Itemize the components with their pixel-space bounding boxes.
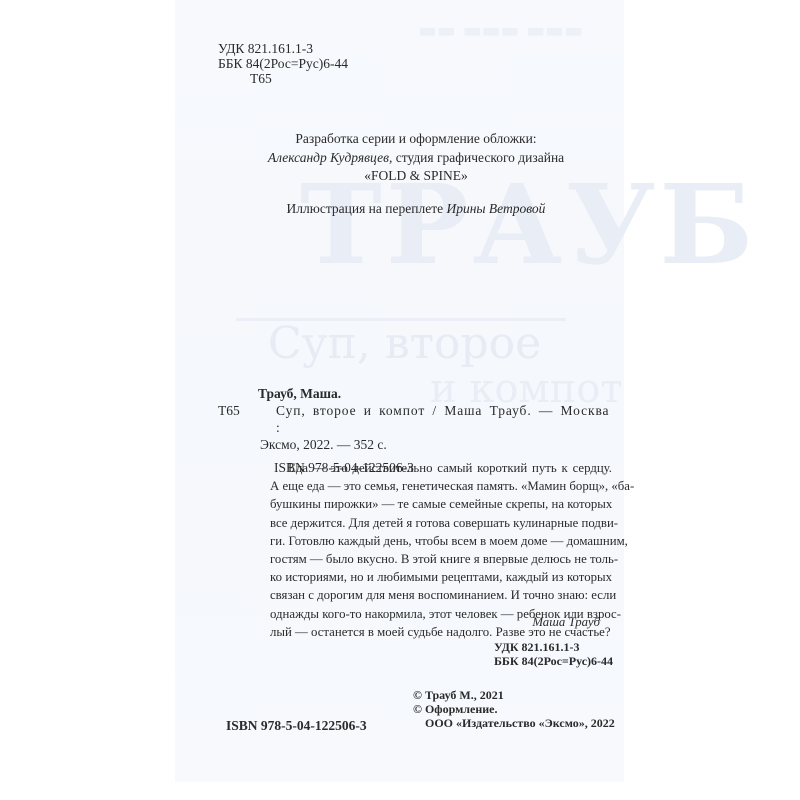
udk-code: УДК 821.161.1-3 [494, 640, 613, 654]
annotation-line: А еще еда — это семья, генетическая памя… [270, 477, 612, 495]
annotation-line: связан с дорогим для меня воспоминанием.… [270, 586, 612, 604]
credits-designer: Александр Кудрявцев, студия графического… [236, 149, 596, 168]
annotation-line: бушкины пирожки» — те самые семейные скр… [270, 495, 612, 513]
illustration-label: Иллюстрация на переплете [287, 201, 447, 216]
copyright-design: © Оформление. [413, 702, 615, 716]
annotation-signature: Маша Трауб [500, 615, 600, 630]
annotation-line: гостям — было вкусно. В этой книге я впе… [270, 550, 612, 568]
copyright-author: © Трауб М., 2021 [413, 688, 615, 702]
isbn-bottom: ISBN 978-5-04-122506-3 [226, 718, 367, 733]
annotation: Еда — это действительно самый короткий п… [270, 459, 612, 641]
bbk-code: ББК 84(2Рос=Рус)6-44 [218, 56, 348, 71]
author-heading: Трауб, Маша. [218, 385, 618, 402]
credits-block: Разработка серии и оформление обложки: А… [236, 130, 596, 218]
classification-bottom: УДК 821.161.1-3 ББК 84(2Рос=Рус)6-44 [494, 640, 613, 668]
annotation-line: Еда — это действительно самый короткий п… [270, 459, 612, 477]
credits-illustration: Иллюстрация на переплете Ирины Ветровой [236, 200, 596, 219]
bbk-code: ББК 84(2Рос=Рус)6-44 [494, 654, 613, 668]
credits-studio: «FOLD & SPINE» [236, 167, 596, 186]
udk-code: УДК 821.161.1-3 [218, 41, 348, 56]
classification-top: УДК 821.161.1-3 ББК 84(2Рос=Рус)6-44 Т65 [218, 41, 348, 86]
annotation-line: ко историями, но и любимыми рецептами, к… [270, 568, 612, 586]
annotation-line: ги. Готовлю каждый день, чтобы всем в мо… [270, 532, 612, 550]
designer-name: Александр Кудрявцев, [268, 150, 393, 165]
copyright-block: © Трауб М., 2021 © Оформление. ООО «Изда… [413, 688, 615, 730]
book-title-line: Суп, второе и компот / Маша Трауб. — Мос… [260, 402, 618, 436]
illustrator-name: Ирины Ветровой [446, 201, 545, 216]
author-mark: Т65 [218, 402, 260, 436]
credits-series-design: Разработка серии и оформление обложки: [236, 130, 596, 149]
author-mark: Т65 [218, 71, 348, 86]
designer-role: студия графического дизайна [392, 150, 564, 165]
annotation-line: все держится. Для детей я готова соверша… [270, 514, 612, 532]
publisher-line: Эксмо, 2022. — 352 с. [218, 436, 618, 453]
copyright-publisher: ООО «Издательство «Эксмо», 2022 [413, 716, 615, 730]
